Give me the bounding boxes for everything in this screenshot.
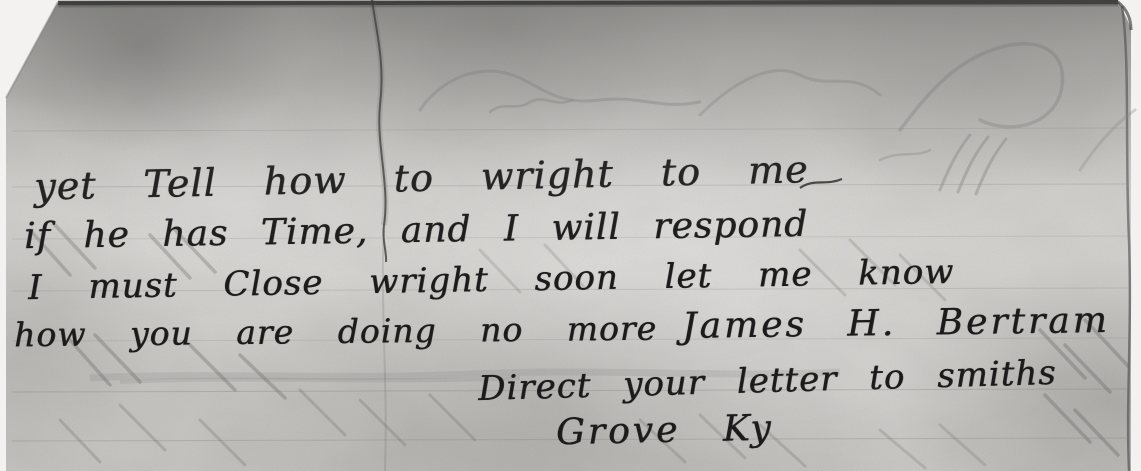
address-line-2: Grove Ky	[556, 408, 774, 454]
handwritten-line-4: how you are doing no more	[14, 309, 657, 355]
signature: James H. Bertram	[682, 300, 1110, 347]
scanned-letter-page: yet Tell how to wright to me if he has T…	[0, 0, 1141, 471]
scan-edge-top	[58, 2, 1118, 6]
corner-fold-edge	[6, 2, 58, 98]
